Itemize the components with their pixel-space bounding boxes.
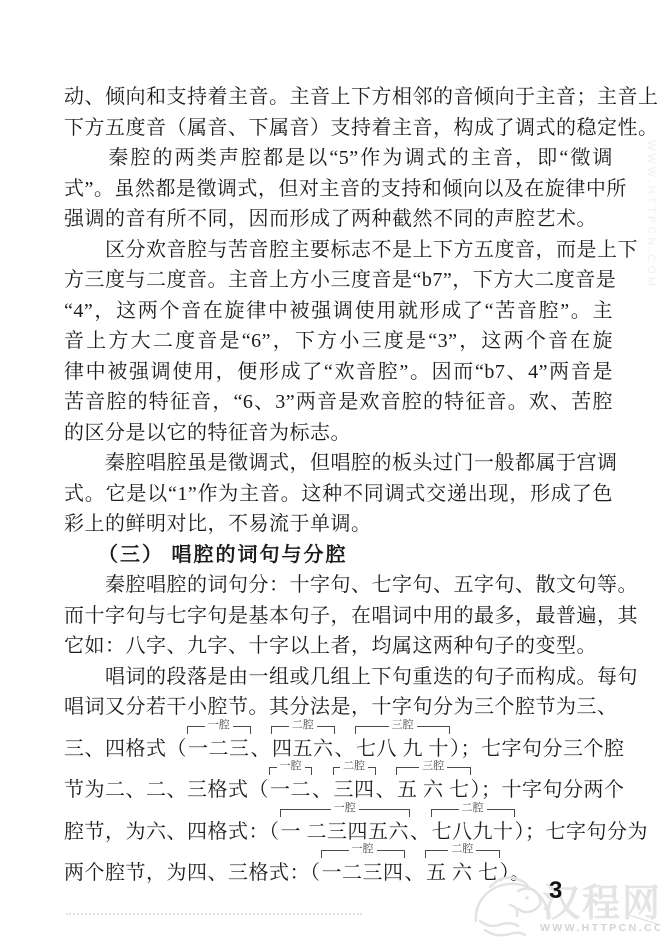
text-line: 的区分是以它的特征音为标志。 [64, 418, 613, 449]
text-line: 而十字句与七字句是基本句子，在唱词中用的最多，最普遍，其 [64, 601, 613, 632]
bracket-label: 一腔 [331, 803, 359, 814]
text-line: 式。它是以“1”作为主音。这种不同调式交递出现，形成了色 [64, 479, 613, 510]
text-line: 彩上的鲜明对比，不易流于单调。 [64, 509, 613, 540]
bracket-label: 二腔 [289, 720, 317, 731]
text-line: 秦腔的两类声腔都是以“5”作为调式的主音，即“徵调 [64, 143, 613, 174]
phrase-bracket: 一腔一二三 [187, 734, 251, 765]
scanned-book-page: 动、倾向和支持着主音。主音上下方相邻的音倾向于主音；主音上下方五度音（属音、下属… [0, 0, 660, 950]
text-line: 动、倾向和支持着主音。主音上下方相邻的音倾向于主音；主音上 [64, 82, 613, 113]
text-line: 下方五度音（属音、下属音）支持着主音，构成了调式的稳定性。 [64, 113, 613, 144]
text-line: “4”，这两个音在旋律中被强调使用就形成了“苦音腔”。主 [64, 296, 613, 327]
text-line: 秦腔唱腔虽是徵调式，但唱腔的板头过门一般都属于宫调 [64, 448, 613, 479]
text-line: 它如：八字、九字、十字以上者，均属这两种句子的变型。 [64, 631, 613, 662]
scan-noise-line [66, 913, 362, 915]
phrase-bracket: 一腔一二三四 [321, 858, 405, 889]
bracket-label: 二腔 [448, 844, 476, 855]
phrase-bracket: 一腔一二 [269, 775, 312, 806]
text-line: 唱词的段落是由一组或几组上下句重迭的句子而构成。每句 [64, 662, 613, 693]
phrase-bracket: 一腔一 二三四五六 [280, 817, 411, 848]
text-block: 动、倾向和支持着主音。主音上下方相邻的音倾向于主音；主音上下方五度音（属音、下属… [64, 82, 613, 889]
text-line: 强调的音有所不同，因而形成了两种截然不同的声腔艺术。 [64, 204, 613, 235]
text-line: 三、四格式（一腔一二三、二腔四五六、三腔七八 九 十）；七字句分三个腔 [64, 723, 613, 765]
bracket-label: 一腔 [349, 844, 377, 855]
text-line: 方三度与二度音。主音上方小三度音是“b7”，下方大二度音是 [64, 265, 613, 296]
bracket-label: 一腔 [277, 761, 305, 772]
side-watermark-url: WWW.HTTPCN.COM [645, 140, 657, 289]
text-line: 节为二、二、三格式（一腔一二、二腔三四、三腔五 六 七）；十字句分两个 [64, 764, 613, 806]
section-heading: （三） 唱腔的词句与分腔 [64, 540, 613, 571]
text-line: 苦音腔的特征音，“6、3”两音是欢音腔的特征音。欢、苦腔 [64, 387, 613, 418]
bracket-label: 三腔 [419, 761, 447, 772]
phrase-bracket: 三腔五 六 七 [396, 775, 471, 806]
bracket-label: 二腔 [340, 761, 368, 772]
text-line: 腔节，为六、四格式：（一腔一 二三四五六、二腔七八九十）；七字句分为 [64, 806, 613, 848]
text-line: 音上方大二度音是“6”，下方小三度是“3”，这两个音在旋 [64, 326, 613, 357]
text-line: 律中被强调使用，便形成了“欢音腔”。因而“b7、4”两音是 [64, 357, 613, 388]
bracket-label: 三腔 [389, 720, 417, 731]
bracket-label: 一腔 [205, 720, 233, 731]
watermark-url-text: WWW.HTTPCN.COM [540, 922, 660, 934]
text-line: 唱词又分若干小腔节。其分法是，十字句分为三个腔节为三、 [64, 692, 613, 723]
text-line: 区分欢音腔与苦音腔主要标志不是上下方五度音，而是上下 [64, 235, 613, 266]
bracket-label: 二腔 [459, 803, 487, 814]
text-line: 秦腔唱腔的词句分：十字句、七字句、五字句、散文句等。 [64, 570, 613, 601]
page-number: 3 [549, 877, 562, 905]
text-line: 式”。虽然都是徵调式，但对主音的支持和倾向以及在旋律中所 [64, 174, 613, 205]
